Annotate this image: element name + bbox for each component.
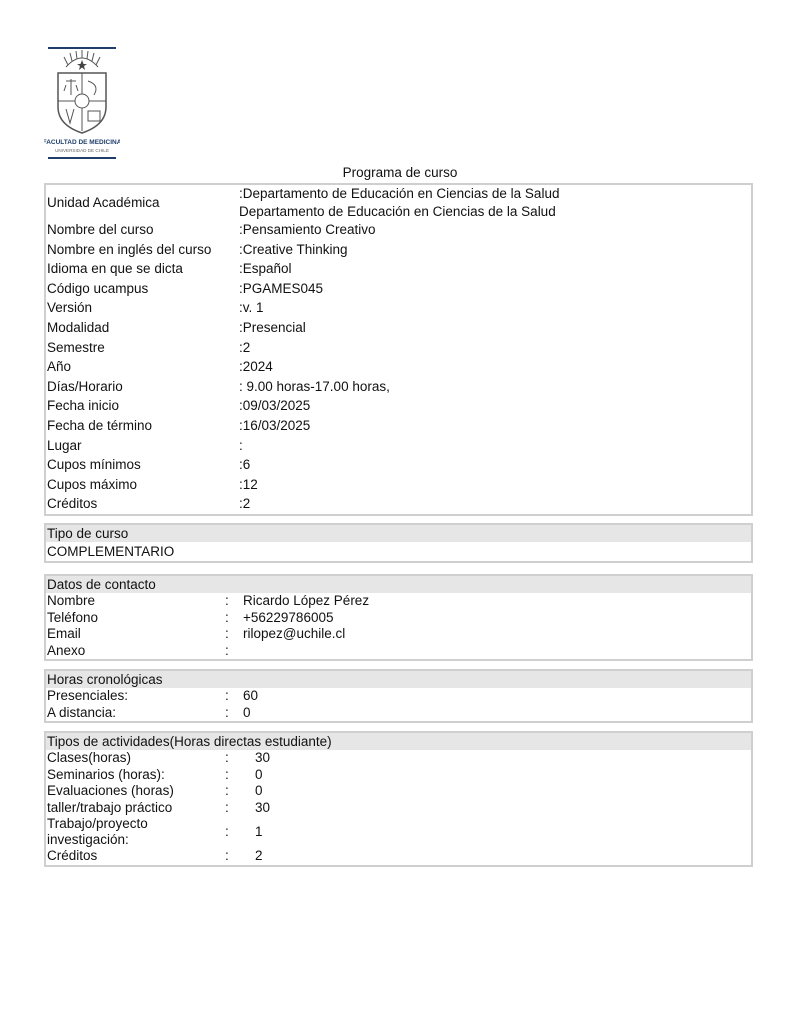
field-label: Modalidad <box>46 318 239 338</box>
field-value: :PGAMES045 <box>239 279 751 299</box>
field-label: Seminarios (horas): <box>46 767 225 784</box>
field-label: Semestre <box>46 338 239 358</box>
field-value: 2 <box>255 848 751 865</box>
activities-section: Tipos de actividades(Horas directas estu… <box>44 731 753 867</box>
table-row: A distancia::0 <box>46 705 751 722</box>
field-label: Fecha inicio <box>46 396 239 416</box>
table-row: Clases(horas):30 <box>46 750 751 767</box>
field-value: :6 <box>239 455 751 475</box>
table-row: taller/trabajo práctico:30 <box>46 800 751 817</box>
svg-text:FACULTAD DE MEDICINA: FACULTAD DE MEDICINA <box>44 139 120 146</box>
table-row: Créditos:2 <box>46 494 751 514</box>
field-value: :2 <box>239 494 751 514</box>
field-label: Idioma en que se dicta <box>46 259 239 279</box>
section-header: Horas cronológicas <box>46 671 751 688</box>
table-row: Nombre:Ricardo López Pérez <box>46 593 751 610</box>
field-label: Email <box>46 626 225 643</box>
field-label: Versión <box>46 298 239 318</box>
field-label: Nombre <box>46 593 225 610</box>
faculty-logo: FACULTAD DE MEDICINA UNIVERSIDAD DE CHIL… <box>44 45 120 160</box>
field-label: Anexo <box>46 643 225 660</box>
field-value: :Español <box>239 259 751 279</box>
field-value: 1 <box>255 824 751 840</box>
field-value: 30 <box>255 750 751 767</box>
separator: : <box>225 688 243 705</box>
table-row: Código ucampus:PGAMES045 <box>46 279 751 299</box>
field-value: :12 <box>239 475 751 495</box>
field-value: 0 <box>255 767 751 784</box>
field-label: Año <box>46 357 239 377</box>
field-label: taller/trabajo práctico <box>46 800 225 817</box>
separator: : <box>225 767 255 784</box>
course-type-section: Tipo de curso COMPLEMENTARIO <box>44 523 753 563</box>
section-header: Tipos de actividades(Horas directas estu… <box>46 733 751 750</box>
field-value: 60 <box>243 688 751 705</box>
table-row: Créditos:2 <box>46 848 751 865</box>
field-value: 0 <box>255 783 751 800</box>
field-label: Unidad Académica <box>46 193 239 213</box>
table-row: Días/Horario: 9.00 horas-17.00 horas, <box>46 377 751 397</box>
field-value: :Pensamiento Creativo <box>239 220 751 240</box>
section-header: Datos de contacto <box>46 576 751 593</box>
field-value: :09/03/2025 <box>239 396 751 416</box>
university-crest-icon: FACULTAD DE MEDICINA UNIVERSIDAD DE CHIL… <box>44 45 120 160</box>
field-label: Clases(horas) <box>46 750 225 767</box>
table-row: Nombre del curso:Pensamiento Creativo <box>46 220 751 240</box>
field-label: Evaluaciones (horas) <box>46 783 225 800</box>
table-row: Cupos máximo:12 <box>46 475 751 495</box>
field-value: : <box>239 436 751 456</box>
field-value <box>243 643 751 660</box>
field-label: Trabajo/proyecto investigación: <box>46 816 197 848</box>
table-row: Modalidad:Presencial <box>46 318 751 338</box>
table-row: Lugar: <box>46 436 751 456</box>
table-row: Fecha de término:16/03/2025 <box>46 416 751 436</box>
hours-section: Horas cronológicas Presenciales::60A dis… <box>44 669 753 723</box>
table-row: Fecha inicio:09/03/2025 <box>46 396 751 416</box>
separator: : <box>225 626 243 643</box>
table-row: Evaluaciones (horas):0 <box>46 783 751 800</box>
field-value: 0 <box>243 705 751 722</box>
separator: : <box>225 643 243 660</box>
field-value: :Presencial <box>239 318 751 338</box>
field-label: Nombre del curso <box>46 220 239 240</box>
document-title: Programa de curso <box>45 165 755 180</box>
table-row: Email:rilopez@uchile.cl <box>46 626 751 643</box>
field-value: :2 <box>239 338 751 358</box>
field-value: :16/03/2025 <box>239 416 751 436</box>
field-label: Código ucampus <box>46 279 239 299</box>
general-info-table: Unidad Académica:Departamento de Educaci… <box>44 183 753 516</box>
field-label: Cupos mínimos <box>46 455 239 475</box>
table-row: Versión:v. 1 <box>46 298 751 318</box>
field-label: Cupos máximo <box>46 475 239 495</box>
field-value: Ricardo López Pérez <box>243 593 751 610</box>
table-row: Unidad Académica:Departamento de Educaci… <box>46 185 751 220</box>
field-label: Días/Horario <box>46 377 239 397</box>
table-row: Semestre:2 <box>46 338 751 358</box>
separator: : <box>225 800 255 817</box>
separator: : <box>225 593 243 610</box>
table-row: Anexo: <box>46 643 751 660</box>
field-value-line: Departamento de Educación en Ciencias de… <box>239 203 751 221</box>
field-value: : 9.00 horas-17.00 horas, <box>239 377 751 397</box>
field-value: rilopez@uchile.cl <box>243 626 751 643</box>
field-value-line: :Departamento de Educación en Ciencias d… <box>239 185 751 203</box>
table-row: Teléfono:+56229786005 <box>46 610 751 627</box>
field-label: Lugar <box>46 436 239 456</box>
svg-text:UNIVERSIDAD DE CHILE: UNIVERSIDAD DE CHILE <box>55 148 109 153</box>
field-label: Fecha de término <box>46 416 239 436</box>
field-value: :v. 1 <box>239 298 751 318</box>
table-row: Trabajo/proyecto investigación::1 <box>46 816 751 848</box>
field-label: Presenciales: <box>46 688 225 705</box>
table-row: Idioma en que se dicta:Español <box>46 259 751 279</box>
separator: : <box>225 824 255 840</box>
separator: : <box>225 705 243 722</box>
field-label: Créditos <box>46 848 225 865</box>
separator: : <box>225 610 243 627</box>
separator: : <box>225 750 255 767</box>
table-row: Año:2024 <box>46 357 751 377</box>
table-row: Cupos mínimos:6 <box>46 455 751 475</box>
table-row: Nombre en inglés del curso:Creative Thin… <box>46 240 751 260</box>
field-value: 30 <box>255 800 751 817</box>
field-value: :Departamento de Educación en Ciencias d… <box>239 185 751 220</box>
field-label: Créditos <box>46 494 239 514</box>
field-label: Teléfono <box>46 610 225 627</box>
separator: : <box>225 783 255 800</box>
field-value: :Creative Thinking <box>239 240 751 260</box>
section-header: Tipo de curso <box>46 525 751 542</box>
table-row: Presenciales::60 <box>46 688 751 705</box>
field-label: Nombre en inglés del curso <box>46 240 239 260</box>
field-value: +56229786005 <box>243 610 751 627</box>
field-value: :2024 <box>239 357 751 377</box>
field-label: A distancia: <box>46 705 225 722</box>
table-row: Seminarios (horas)::0 <box>46 767 751 784</box>
separator: : <box>225 848 255 865</box>
contact-section: Datos de contacto Nombre:Ricardo López P… <box>44 574 753 661</box>
course-type-value: COMPLEMENTARIO <box>46 542 751 561</box>
